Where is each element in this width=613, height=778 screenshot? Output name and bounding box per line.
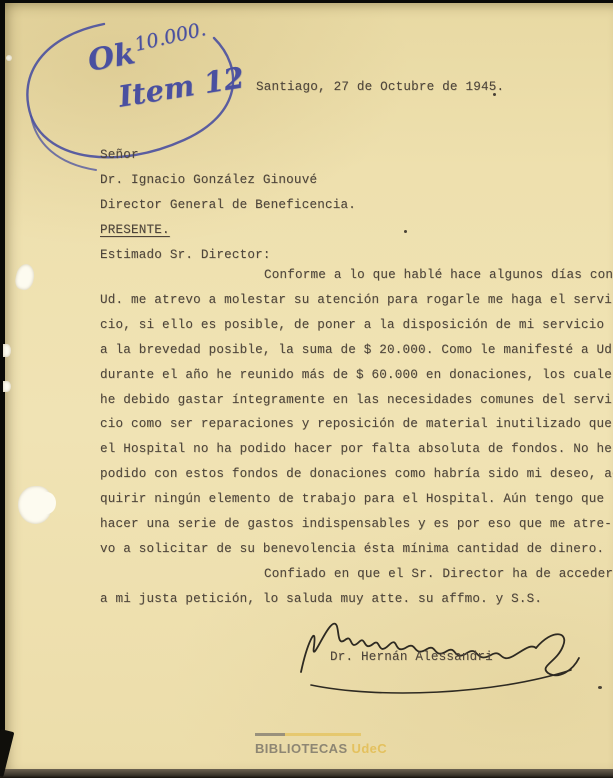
- scanned-letter: Ok 10.000. Item 12 Santiago, 27 de Octub…: [0, 0, 613, 778]
- watermark-suffix: UdeC: [352, 741, 388, 756]
- recipient-name: Dr. Ignacio González Ginouvé: [100, 168, 356, 193]
- date-line: Santiago, 27 de Octubre de 1945.: [256, 80, 504, 94]
- paper-nick: [3, 381, 11, 392]
- body-line: durante el año he reunido más de $ 60.00…: [100, 363, 600, 388]
- body-line: quirir ningún elemento de trabajo para e…: [100, 487, 600, 512]
- body-line: el Hospital no ha podido hacer por falta…: [100, 437, 600, 462]
- signature-typed-name: Dr. Hernán Alessandri: [330, 650, 493, 664]
- body-line: a la brevedad posible, la suma de $ 20.0…: [100, 338, 600, 363]
- paper-nick: [6, 55, 12, 61]
- body-line: podido con estos fondos de donaciones co…: [100, 462, 600, 487]
- letter-body: Conforme a lo que hablé hace algunos día…: [100, 263, 600, 612]
- body-line: he debido gastar íntegramente en las nec…: [100, 388, 600, 413]
- ink-speck: [598, 686, 602, 689]
- body-line: vo a solicitar de su benevolencia ésta m…: [100, 537, 600, 562]
- scan-bottom-edge: [0, 769, 613, 778]
- recipient-salutation: Señor: [100, 143, 356, 168]
- recipient-title: Director General de Beneficencia.: [100, 193, 356, 218]
- body-line: Ud. me atrevo a molestar su atención par…: [100, 288, 600, 313]
- watermark-rule: [255, 733, 361, 736]
- signature-block: Dr. Hernán Alessandri: [293, 612, 593, 702]
- ink-speck: [493, 93, 496, 96]
- library-watermark: BIBLIOTECAS UdeC: [255, 733, 385, 756]
- body-line: cio, si ello es posible, de poner a la d…: [100, 313, 600, 338]
- presente-label: PRESENTE.: [100, 218, 170, 243]
- addressee-block: Señor Dr. Ignacio González Ginouvé Direc…: [100, 143, 356, 268]
- closing-line: Confiado en que el Sr. Director ha de ac…: [100, 562, 600, 587]
- body-line: cio como ser reparaciones y reposición d…: [100, 412, 600, 437]
- watermark-text: BIBLIOTECAS: [255, 741, 348, 756]
- ink-speck: [404, 230, 407, 233]
- body-line: hacer una serie de gastos indispensables…: [100, 512, 600, 537]
- body-line: Conforme a lo que hablé hace algunos día…: [100, 263, 600, 288]
- closing-line: a mi justa petición, lo saluda muy atte.…: [100, 587, 600, 612]
- paper-hole: [38, 492, 56, 514]
- paper-nick: [3, 344, 11, 357]
